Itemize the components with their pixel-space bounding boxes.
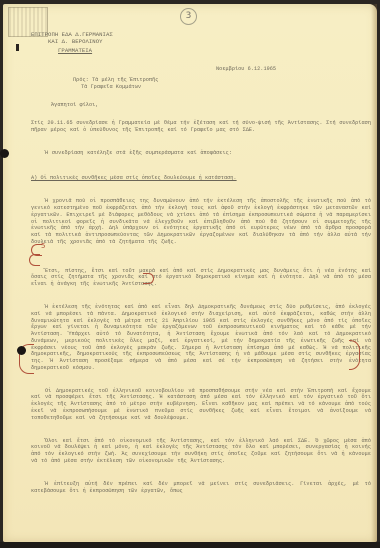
section-heading: Α) Οἱ πολιτικές συνθῆκες μέσα στίς ὁποῖε… xyxy=(31,175,371,182)
body-paragraph: Ἔτσι, πίστης, ἔτσι καί τοῦτ μακρά καί ἀπ… xyxy=(31,268,371,288)
red-bracket-mark xyxy=(349,340,360,370)
intro-paragraph: Ἡ συνεδρίαση κατέληξε στά ἑξῆς συμπεράσμ… xyxy=(31,150,371,157)
red-bracket-mark xyxy=(143,273,154,284)
recipient-line-1: Πρός: Τά μέλη τῆς Ἐπιτροπῆς xyxy=(73,77,158,84)
org-line-2: ΚΑΙ Δ. ΒΕΡΟΛΙΝΟΥ xyxy=(48,39,103,46)
scan-bottom-edge xyxy=(0,542,380,548)
ink-mark xyxy=(16,44,19,51)
red-pencil-number: 5 xyxy=(41,242,45,250)
hole-punch xyxy=(0,149,9,158)
page-edge-shadow xyxy=(371,4,377,542)
intro-paragraph: Στίς 20.11.65 συνεδρίασε ἡ Γραμματεία μέ… xyxy=(31,120,371,133)
department-title: ΓΡΑΜΜΑΤΕΙΑ xyxy=(58,48,92,55)
hole-punch xyxy=(17,346,26,355)
body-paragraph: Οἱ Δημοκρατικές τοῦ ἑλληνικοῦ κοινοβουλί… xyxy=(31,388,371,422)
body-paragraph: Ὅλοι καί ἔτσι ἀπό τό οἰκονομικό τῆς Ἀντί… xyxy=(31,438,371,465)
body-paragraph: Ἡ ἐπίτευξη αὐτή δέν πρέπει καί δέν μπορε… xyxy=(31,481,371,494)
letter-body: Στίς 20.11.65 συνεδρίασε ἡ Γραμματεία μέ… xyxy=(31,107,371,511)
page-number-circle: 3 xyxy=(180,8,197,25)
red-bracket-mark xyxy=(29,254,40,266)
recipient-line-2: Τά Γραφεῖα Κομμάτων xyxy=(81,84,141,91)
date-line: Νοεμβρίου 6.12.1965 xyxy=(216,66,276,73)
body-paragraph: Ἡ χρονιά πού οἱ προσπάθειες της δυναμώνο… xyxy=(31,198,371,245)
document-page: 3 ΕΠΙΤΡΟΠΗ ΕΔΑ Δ.ΓΕΡΜΑΝΙΑΣ ΚΑΙ Δ. ΒΕΡΟΛΙ… xyxy=(3,4,377,542)
body-paragraph: Ἡ ἐκτέλεση τῆς ἐνότητας καί ἀπό καί εἶνα… xyxy=(31,304,371,371)
